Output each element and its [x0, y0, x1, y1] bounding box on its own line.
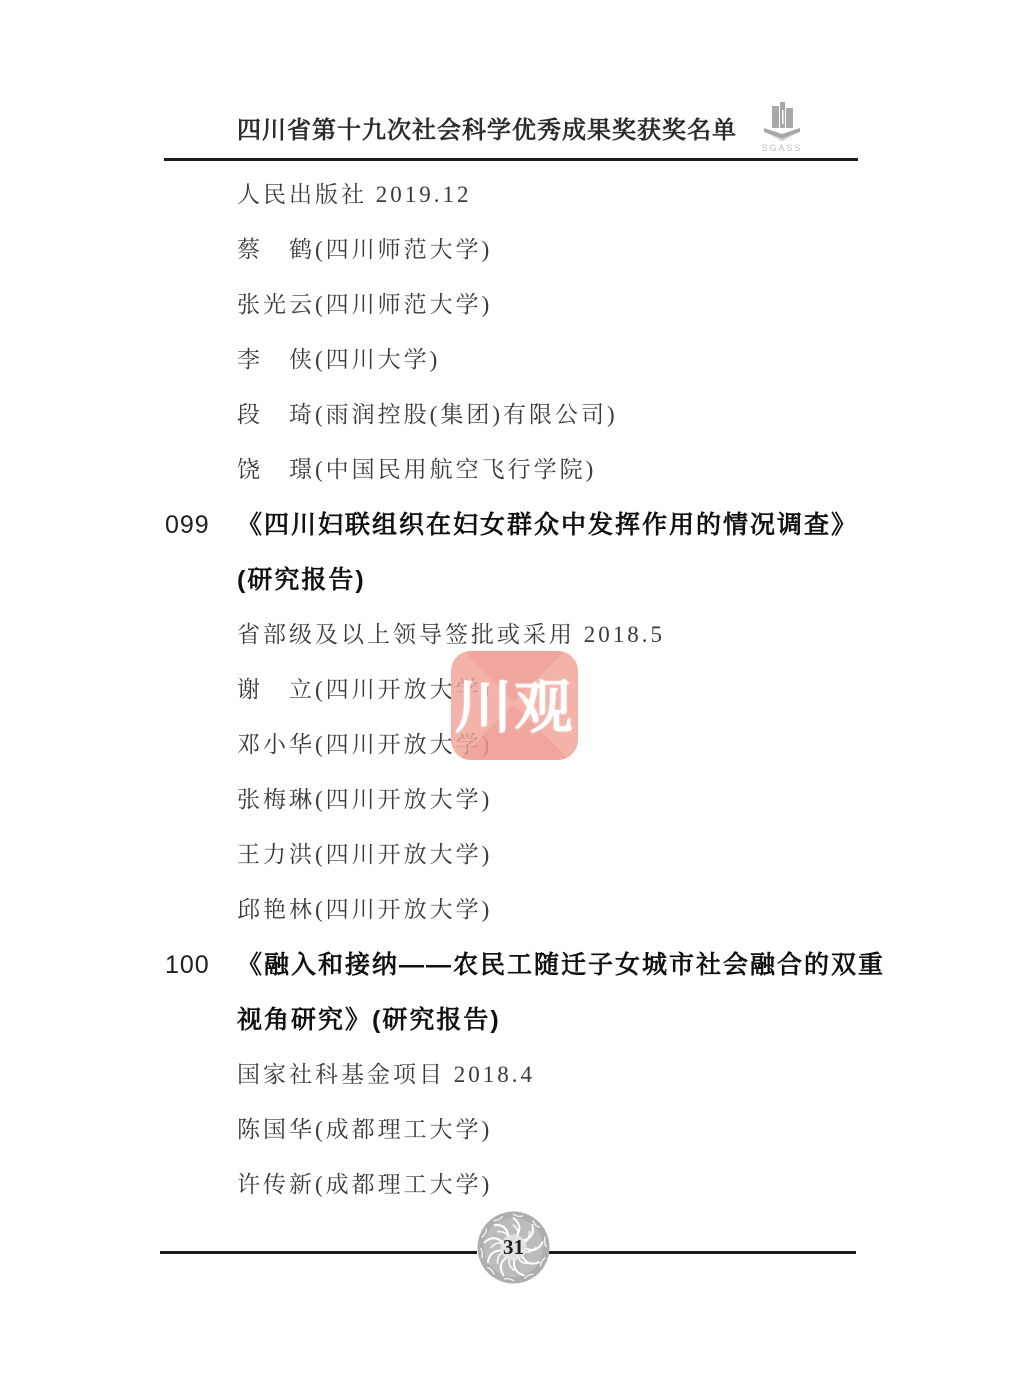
buildings-book-icon [760, 102, 804, 142]
body-line: 国家社科基金项目 2018.4 [237, 1059, 535, 1091]
body-line: 省部级及以上领导签批或采用 2018.5 [237, 619, 665, 651]
page-title: 四川省第十九次社会科学优秀成果奖获奖名单 [237, 110, 737, 145]
header-rule [164, 158, 858, 161]
body-line: 陈国华(成都理工大学) [237, 1114, 492, 1146]
chuanguan-watermark: 川观 [451, 651, 578, 760]
body-line: 张光云(四川师范大学) [237, 289, 492, 321]
body-line: 段 琦(雨润控股(集团)有限公司) [237, 399, 618, 431]
entry-title: 《融入和接纳——农民工随迁子女城市社会融合的双重 [237, 951, 885, 979]
body-line: 饶 璟(中国民用航空飞行学院) [237, 454, 596, 486]
footer-rule-right [549, 1251, 856, 1254]
sgass-logo: SGASS [752, 102, 812, 153]
page-number: 31 [477, 1211, 550, 1284]
entry-title: 《四川妇联组织在妇女群众中发挥作用的情况调查》 [237, 511, 858, 539]
body-line: 王力洪(四川开放大学) [237, 839, 492, 871]
body-line: 人民出版社 2019.12 [237, 179, 472, 211]
page-number-emblem: 31 [477, 1211, 550, 1284]
body-line: 李 侠(四川大学) [237, 344, 440, 376]
logo-text: SGASS [752, 143, 812, 153]
body-line: 蔡 鹤(四川师范大学) [237, 234, 492, 266]
entry-number: 100 [165, 949, 237, 981]
body-line: 许传新(成都理工大学) [237, 1169, 492, 1201]
body-line: 邱艳林(四川开放大学) [237, 894, 492, 926]
entry-title-continuation: 视角研究》(研究报告) [237, 1004, 501, 1036]
document-page: 四川省第十九次社会科学优秀成果奖获奖名单 SGASS 人民出版社 2019.12… [0, 0, 1024, 1380]
entry-number: 099 [165, 509, 237, 541]
award-entry: 099《四川妇联组织在妇女群众中发挥作用的情况调查》 [165, 509, 858, 541]
entry-title-continuation: (研究报告) [237, 564, 366, 596]
award-entry: 100《融入和接纳——农民工随迁子女城市社会融合的双重 [165, 949, 885, 981]
watermark-text: 川观 [451, 657, 578, 757]
body-line: 张梅琳(四川开放大学) [237, 784, 492, 816]
footer-rule-left [160, 1251, 477, 1254]
